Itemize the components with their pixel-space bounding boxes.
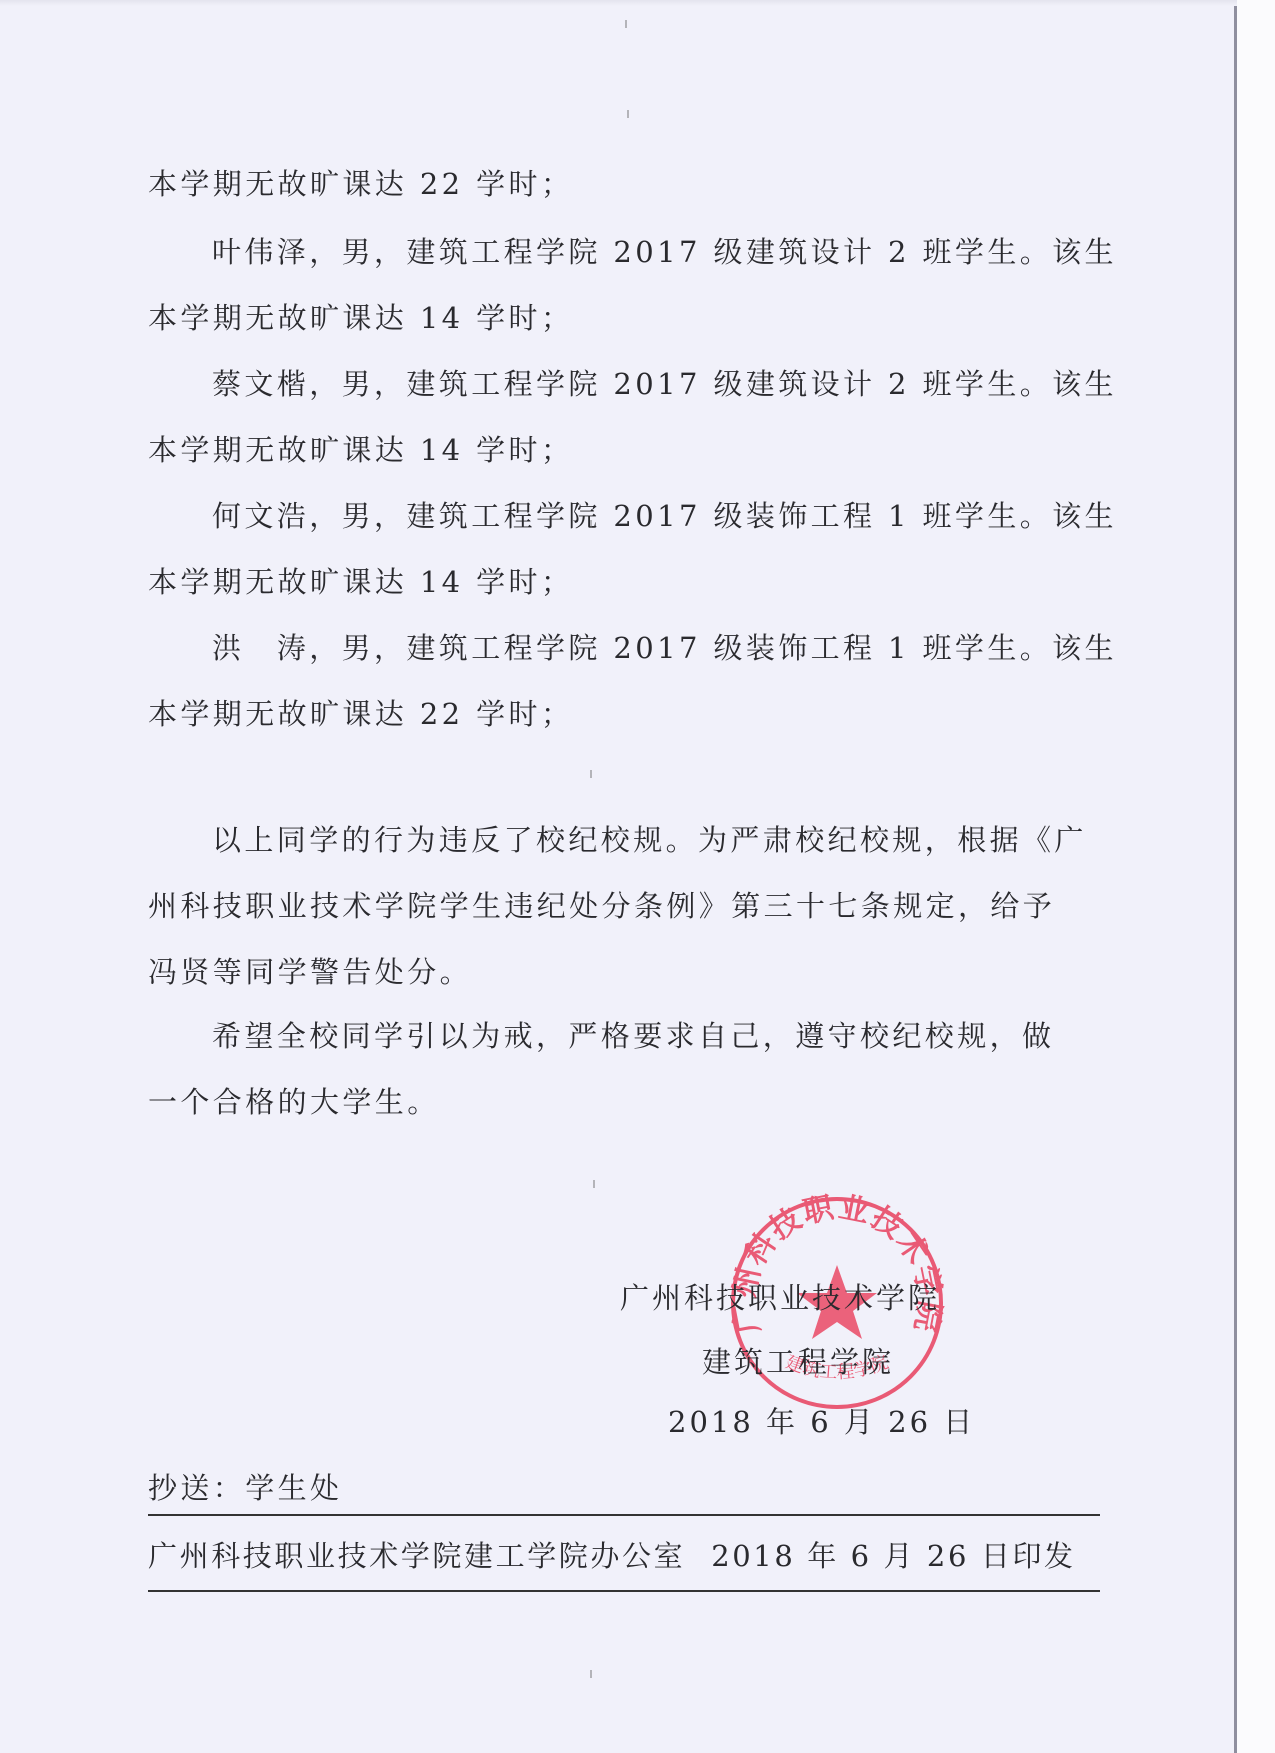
closing-line-2: 一个合格的大学生。 <box>148 1082 440 1122</box>
decision-line-1: 以上同学的行为违反了校纪校规。为严肃校纪校规，根据《广 <box>212 820 1087 860</box>
closing-line-1: 希望全校同学引以为戒，严格要求自己，遵守校纪校规，做 <box>212 1016 1054 1056</box>
record-0-tail: 本学期无故旷课达 22 学时； <box>148 164 573 204</box>
scan-speck <box>627 110 629 118</box>
record-4-detail: 洪 涛，男，建筑工程学院 2017 级装饰工程 1 班学生。该生 <box>212 628 1117 668</box>
record-1-tail: 本学期无故旷课达 14 学时； <box>148 298 573 338</box>
footer-issuer-row: 广州科技职业技术学院建工学院办公室2018 年 6 月 26 日印发 <box>148 1536 1076 1576</box>
footer-issuer: 广州科技职业技术学院建工学院办公室 <box>148 1539 685 1573</box>
record-4-tail: 本学期无故旷课达 22 学时； <box>148 694 573 734</box>
scan-speck <box>625 20 627 28</box>
scan-margin <box>1237 0 1275 1753</box>
record-2-detail: 蔡文楷，男，建筑工程学院 2017 级建筑设计 2 班学生。该生 <box>212 364 1117 404</box>
record-1-detail: 叶伟泽，男，建筑工程学院 2017 级建筑设计 2 班学生。该生 <box>212 232 1117 272</box>
decision-line-3: 冯贤等同学警告处分。 <box>148 952 472 992</box>
signature-department: 建筑工程学院 <box>702 1342 894 1382</box>
signature-date: 2018 年 6 月 26 日 <box>668 1402 975 1442</box>
decision-line-2: 州科技职业技术学院学生违纪处分条例》第三十七条规定，给予 <box>148 886 1055 926</box>
scan-speck <box>593 1180 595 1188</box>
footer-issue-date: 2018 年 6 月 26 日印发 <box>711 1539 1075 1573</box>
record-3-detail: 何文浩，男，建筑工程学院 2017 级装饰工程 1 班学生。该生 <box>212 496 1117 536</box>
signature-institution: 广州科技职业技术学院 <box>620 1278 940 1318</box>
scan-edge-top <box>0 0 1240 6</box>
footer-rule-bottom <box>148 1590 1100 1592</box>
scan-speck <box>590 520 592 528</box>
footer-cc: 抄送：学生处 <box>148 1468 342 1508</box>
scan-speck <box>590 1670 592 1678</box>
record-2-tail: 本学期无故旷课达 14 学时； <box>148 430 573 470</box>
footer-rule-top <box>148 1514 1100 1516</box>
record-3-tail: 本学期无故旷课达 14 学时； <box>148 562 573 602</box>
scan-speck <box>590 770 592 778</box>
